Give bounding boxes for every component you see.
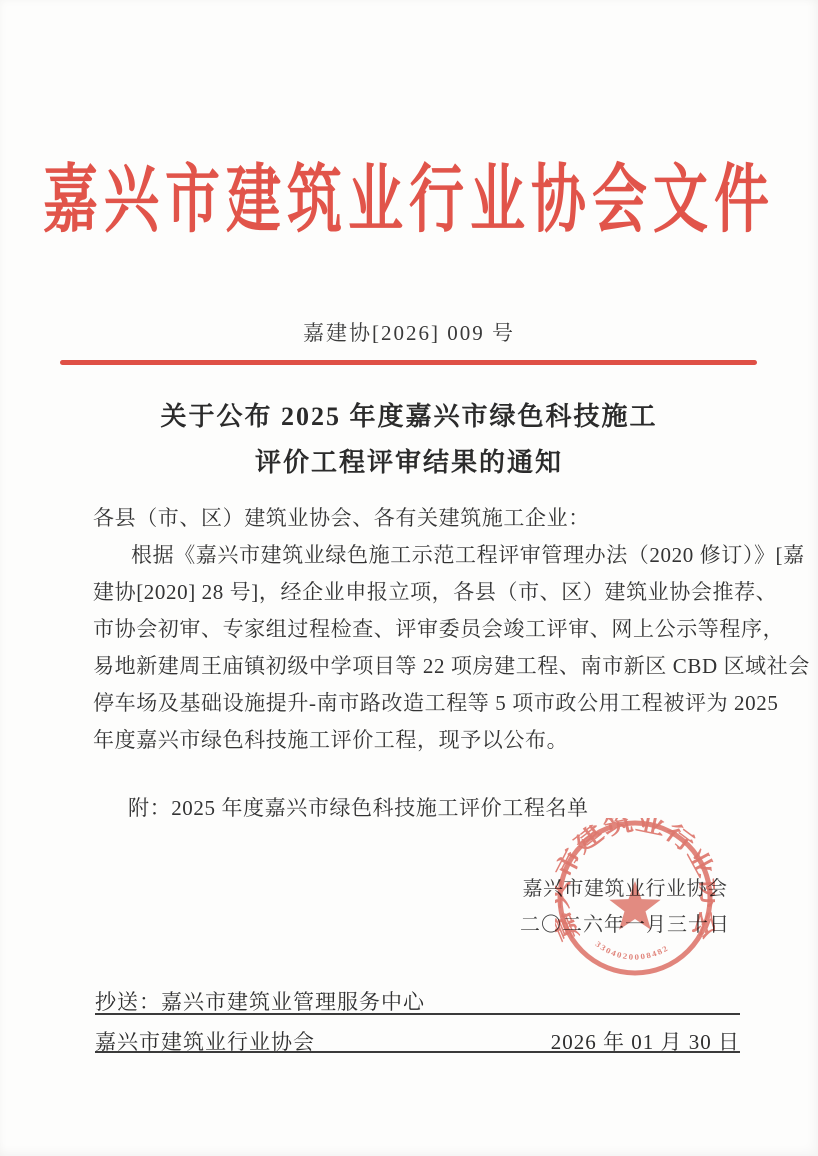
letterhead-title: 嘉兴市建筑业行业协会文件 bbox=[0, 163, 818, 237]
signature-date: 二〇二六年一月三十日 bbox=[480, 908, 770, 937]
signature-organization: 嘉兴市建筑业行业协会 bbox=[480, 872, 770, 901]
attachment-note: 附：2025 年度嘉兴市绿色科技施工评价工程名单 bbox=[93, 792, 761, 822]
paragraph-line: 停车场及基础设施提升-南市路改造工程等 5 项市政公用工程被评为 2025 bbox=[93, 685, 761, 722]
seal-code-text: 3304020008482 bbox=[594, 939, 671, 961]
cc-divider-rule bbox=[95, 1013, 740, 1015]
cc-value: 嘉兴市建筑业管理服务中心 bbox=[161, 990, 425, 1014]
paragraph-line: 市协会初审、专家组过程检查、评审委员会竣工评审、网上公示等程序， bbox=[93, 611, 761, 648]
document-page: 嘉兴市建筑业行业协会文件 嘉建协[2026] 009 号 关于公布 2025 年… bbox=[0, 0, 818, 1156]
red-divider-rule bbox=[60, 360, 757, 365]
svg-text:3304020008482: 3304020008482 bbox=[594, 939, 671, 961]
subject-line-1: 关于公布 2025 年度嘉兴市绿色科技施工 bbox=[0, 394, 818, 440]
paragraph-line: 年度嘉兴市绿色科技施工评价工程，现予以公布。 bbox=[93, 722, 761, 759]
document-number: 嘉建协[2026] 009 号 bbox=[0, 317, 818, 347]
paragraph-line: 根据《嘉兴市建筑业绿色施工示范工程评审管理办法（2020 修订）》[嘉 bbox=[93, 537, 761, 574]
bottom-divider-rule bbox=[95, 1051, 740, 1053]
document-subject: 关于公布 2025 年度嘉兴市绿色科技施工 评价工程评审结果的通知 bbox=[0, 394, 818, 486]
paragraph-line: 建协[2020] 28 号]，经企业申报立项，各县（市、区）建筑业协会推荐、 bbox=[93, 574, 761, 611]
cc-label: 抄送： bbox=[95, 990, 161, 1014]
subject-line-2: 评价工程评审结果的通知 bbox=[0, 440, 818, 486]
paragraph-line: 易地新建周王庙镇初级中学项目等 22 项房建工程、南市新区 CBD 区域社会 bbox=[93, 648, 761, 685]
salutation: 各县（市、区）建筑业协会、各有关建筑施工企业： bbox=[93, 500, 761, 537]
cc-line: 抄送：嘉兴市建筑业管理服务中心 bbox=[95, 986, 740, 1016]
body-text: 各县（市、区）建筑业协会、各有关建筑施工企业： 根据《嘉兴市建筑业绿色施工示范工… bbox=[93, 500, 761, 759]
